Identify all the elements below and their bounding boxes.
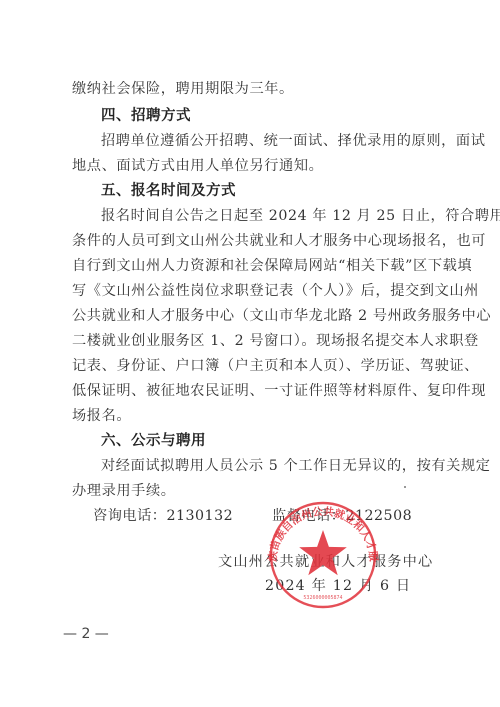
body-line: 条件的人员可到文山州公共就业和人才服务中心现场报名，也可 [72,231,438,251]
body-line: 公共就业和人才服务中心（文山市华龙北路 2 号州政务服务中心 [72,306,438,326]
signature-organization: 文山州公共就业和人才服务中心 [218,552,433,572]
scan-speck [404,486,406,488]
body-line: 缴纳社会保险，聘用期限为三年。 [72,79,438,99]
body-line: 办理录用手续。 [72,481,438,501]
section-heading-4: 四、招聘方式 [101,106,191,126]
body-line: 地点、面试方式由用人单位另行通知。 [72,156,438,176]
body-line: 二楼就业创业服务区 1、2 号窗口）。现场报名提交本人求职登 [72,331,438,351]
body-line: 自行到文山州人力资源和社会保障局网站“相关下载”区下载填 [72,256,438,276]
body-line: 场报名。 [72,406,438,426]
body-line: 报名时间自公告之日起至 2024 年 12 月 25 日止，符合聘用 [101,206,438,226]
body-line: 写《文山州公益性岗位求职登记表（个人）》后，提交到文山州 [72,281,438,301]
body-line: 低保证明、被征地农民证明、一寸证件照等材料原件、复印件现 [72,381,438,401]
supervision-phone: 监督电话：2122508 [272,506,412,526]
body-line: 招聘单位遵循公开招聘、统一面试、择优录用的原则，面试 [101,131,438,151]
inquiry-phone: 咨询电话：2130132 [93,506,233,526]
signature-date: 2024 年 12 月 6 日 [265,576,411,596]
body-line: 对经面试拟聘用人员公示 5 个工作日无异议的，按有关规定 [101,456,438,476]
section-heading-5: 五、报名时间及方式 [101,181,236,201]
page-number: — 2 — [63,626,109,642]
body-line: 记表、身份证、户口簿（户主页和本人页）、学历证、驾驶证、 [72,356,438,376]
document-page: 缴纳社会保险，聘用期限为三年。 四、招聘方式 招聘单位遵循公开招聘、统一面试、择… [0,0,500,707]
section-heading-6: 六、公示与聘用 [101,431,206,451]
